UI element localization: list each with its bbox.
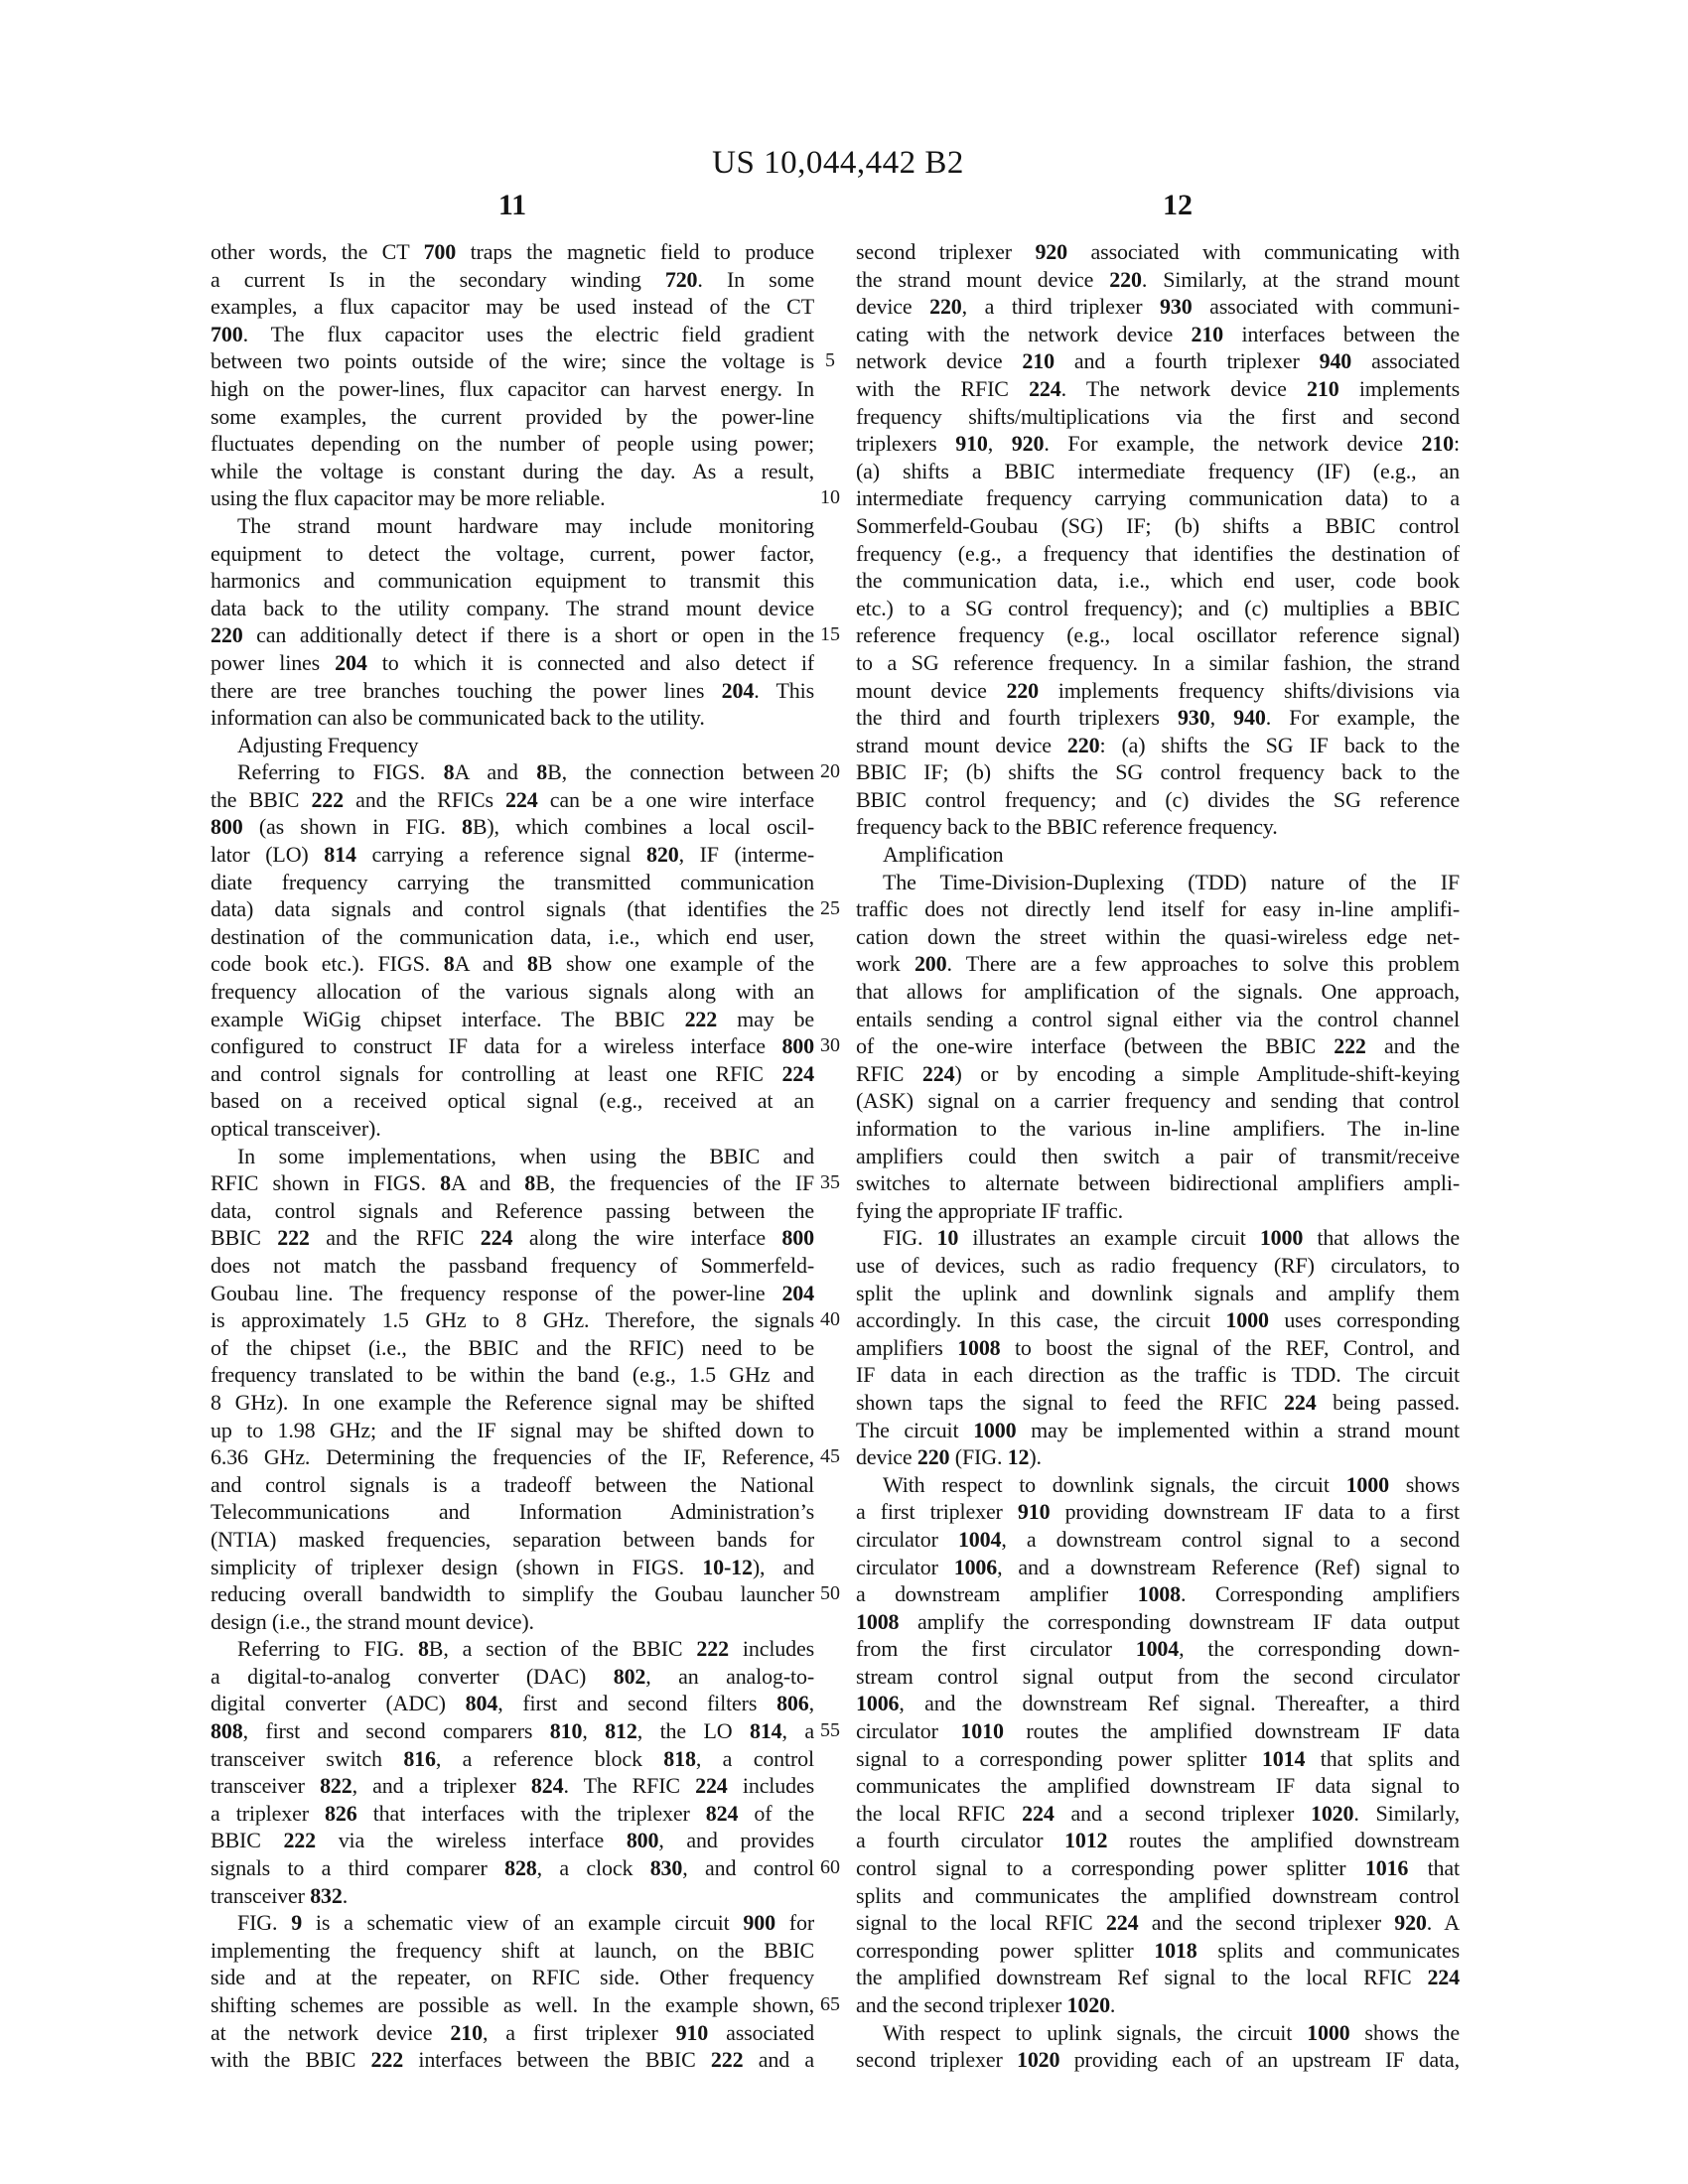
column-number-right: 12 (856, 189, 1499, 222)
text-line: a triplexer 826 that interfaces with the… (211, 1800, 814, 1828)
gutter-line-number: 50 (808, 1580, 852, 1608)
text-line: examples, a flux capacitor may be used i… (211, 293, 814, 321)
text-line: Telecommunications and Information Admin… (211, 1498, 814, 1526)
text-line: 700. The flux capacitor uses the electri… (211, 321, 814, 348)
text-line: equipment to detect the voltage, current… (211, 540, 814, 568)
text-line: configured to construct IF data for a wi… (211, 1032, 814, 1060)
text-line: circulator 1010 routes the amplified dow… (856, 1717, 1460, 1745)
text-line: Goubau line. The frequency response of t… (211, 1280, 814, 1307)
text-line: stream control signal output from the se… (856, 1663, 1460, 1691)
gutter-line-number: 35 (808, 1169, 852, 1197)
text-line: frequency shifts/multiplications via the… (856, 403, 1460, 431)
text-line: The strand mount hardware may include mo… (211, 512, 814, 540)
text-line: cating with the network device 210 inter… (856, 321, 1460, 348)
text-line: RFIC shown in FIGS. 8A and 8B, the frequ… (211, 1169, 814, 1197)
text-line: the communication data, i.e., which end … (856, 567, 1460, 595)
text-line: use of devices, such as radio frequency … (856, 1252, 1460, 1280)
text-line: cation down the street within the quasi-… (856, 923, 1460, 951)
text-line: frequency back to the BBIC reference fre… (856, 813, 1460, 841)
text-line: circulator 1006, and a downstream Refere… (856, 1554, 1460, 1581)
text-line: device 220 (FIG. 12). (856, 1443, 1460, 1471)
text-line: shown taps the signal to feed the RFIC 2… (856, 1389, 1460, 1417)
text-line: implementing the frequency shift at laun… (211, 1937, 814, 1965)
text-line: amplifiers 1008 to boost the signal of t… (856, 1334, 1460, 1362)
text-line: a downstream amplifier 1008. Correspondi… (856, 1580, 1460, 1608)
text-line: the amplified downstream Ref signal to t… (856, 1964, 1460, 1991)
text-line: With respect to uplink signals, the circ… (856, 2019, 1460, 2047)
text-line: with the RFIC 224. The network device 21… (856, 375, 1460, 403)
text-line: diate frequency carrying the transmitted… (211, 869, 814, 896)
text-line: is approximately 1.5 GHz to 8 GHz. There… (211, 1306, 814, 1334)
gutter-line-number: 25 (808, 895, 852, 923)
text-line: Sommerfeld-Goubau (SG) IF; (b) shifts a … (856, 512, 1460, 540)
text-line: side and at the repeater, on RFIC side. … (211, 1964, 814, 1991)
text-line: entails sending a control signal either … (856, 1006, 1460, 1033)
text-line: the third and fourth triplexers 930, 940… (856, 704, 1460, 732)
text-line: transceiver switch 816, a reference bloc… (211, 1745, 814, 1773)
text-line: information can also be communicated bac… (211, 704, 814, 732)
text-line: 220 can additionally detect if there is … (211, 621, 814, 649)
text-line: while the voltage is constant during the… (211, 458, 814, 485)
text-line: (NTIA) masked frequencies, separation be… (211, 1526, 814, 1554)
text-line: circulator 1004, a downstream control si… (856, 1526, 1460, 1554)
text-line: harmonics and communication equipment to… (211, 567, 814, 595)
text-line: other words, the CT 700 traps the magnet… (211, 238, 814, 266)
text-line: with the BBIC 222 interfaces between the… (211, 2046, 814, 2074)
text-line: and control signals for controlling at l… (211, 1060, 814, 1088)
text-line: reference frequency (e.g., local oscilla… (856, 621, 1460, 649)
gutter-line-number: 55 (808, 1717, 852, 1745)
text-column-right: second triplexer 920 associated with com… (856, 238, 1460, 2074)
text-line: at the network device 210, a first tripl… (211, 2019, 814, 2047)
text-line: using the flux capacitor may be more rel… (211, 484, 814, 512)
text-line: network device 210 and a fourth triplexe… (856, 347, 1460, 375)
patent-page: US 10,044,442 B2 11 12 other words, the … (0, 0, 1688, 2184)
text-line: data) data signals and control signals (… (211, 895, 814, 923)
text-line: to a SG reference frequency. In a simila… (856, 649, 1460, 677)
text-line: data, control signals and Reference pass… (211, 1197, 814, 1225)
text-line: 6.36 GHz. Determining the frequencies of… (211, 1443, 814, 1471)
text-line: lator (LO) 814 carrying a reference sign… (211, 841, 814, 869)
section-heading-line: Amplification (856, 841, 1460, 869)
text-line: that allows for amplification of the sig… (856, 978, 1460, 1006)
text-line: BBIC 222 and the RFIC 224 along the wire… (211, 1224, 814, 1252)
text-line: 8 GHz). In one example the Reference sig… (211, 1389, 814, 1417)
gutter-line-number: 30 (808, 1032, 852, 1060)
text-line: code book etc.). FIGS. 8A and 8B show on… (211, 950, 814, 978)
gutter-line-number: 60 (808, 1854, 852, 1882)
text-line: FIG. 9 is a schematic view of an example… (211, 1909, 814, 1937)
text-line: based on a received optical signal (e.g.… (211, 1087, 814, 1115)
text-column-left: other words, the CT 700 traps the magnet… (211, 238, 814, 2074)
text-line: The Time-Division-Duplexing (TDD) nature… (856, 869, 1460, 896)
column-number-left: 11 (211, 189, 814, 222)
text-line: and the second triplexer 1020. (856, 1991, 1460, 2019)
text-line: switches to alternate between bidirectio… (856, 1169, 1460, 1197)
text-line: transceiver 822, and a triplexer 824. Th… (211, 1772, 814, 1800)
text-line: accordingly. In this case, the circuit 1… (856, 1306, 1460, 1334)
text-line: 808, first and second comparers 810, 812… (211, 1717, 814, 1745)
text-line: splits and communicates the amplified do… (856, 1882, 1460, 1910)
text-line: corresponding power splitter 1018 splits… (856, 1937, 1460, 1965)
text-line: a current Is in the secondary winding 72… (211, 266, 814, 294)
text-line: information to the various in-line ampli… (856, 1115, 1460, 1143)
text-line: destination of the communication data, i… (211, 923, 814, 951)
text-line: the local RFIC 224 and a second triplexe… (856, 1800, 1460, 1828)
text-line: simplicity of triplexer design (shown in… (211, 1554, 814, 1581)
text-line: there are tree branches touching the pow… (211, 677, 814, 705)
gutter-line-number: 5 (808, 347, 852, 375)
text-line: reducing overall bandwidth to simplify t… (211, 1580, 814, 1608)
gutter-line-number: 15 (808, 621, 852, 649)
text-line: In some implementations, when using the … (211, 1143, 814, 1170)
text-line: RFIC 224) or by encoding a simple Amplit… (856, 1060, 1460, 1088)
text-line: split the uplink and downlink signals an… (856, 1280, 1460, 1307)
text-line: With respect to downlink signals, the ci… (856, 1471, 1460, 1499)
text-line: some examples, the current provided by t… (211, 403, 814, 431)
text-line: the BBIC 222 and the RFICs 224 can be a … (211, 786, 814, 814)
text-line: between two points outside of the wire; … (211, 347, 814, 375)
text-line: frequency (e.g., a frequency that identi… (856, 540, 1460, 568)
text-line: digital converter (ADC) 804, first and s… (211, 1690, 814, 1717)
text-line: (a) shifts a BBIC intermediate frequency… (856, 458, 1460, 485)
text-line: BBIC control frequency; and (c) divides … (856, 786, 1460, 814)
gutter-line-number: 45 (808, 1443, 852, 1471)
text-line: a digital-to-analog converter (DAC) 802,… (211, 1663, 814, 1691)
text-line: 1006, and the downstream Ref signal. The… (856, 1690, 1460, 1717)
text-line: control signal to a corresponding power … (856, 1854, 1460, 1882)
text-line: intermediate frequency carrying communic… (856, 484, 1460, 512)
text-line: high on the power-lines, flux capacitor … (211, 375, 814, 403)
text-line: power lines 204 to which it is connected… (211, 649, 814, 677)
text-line: frequency translated to be within the ba… (211, 1361, 814, 1389)
text-line: from the first circulator 1004, the corr… (856, 1635, 1460, 1663)
text-line: a first triplexer 910 providing downstre… (856, 1498, 1460, 1526)
text-line: and control signals is a tradeoff betwee… (211, 1471, 814, 1499)
text-line: strand mount device 220: (a) shifts the … (856, 732, 1460, 759)
text-line: example WiGig chipset interface. The BBI… (211, 1006, 814, 1033)
text-line: work 200. There are a few approaches to … (856, 950, 1460, 978)
text-line: BBIC 222 via the wireless interface 800,… (211, 1827, 814, 1854)
text-line: data back to the utility company. The st… (211, 595, 814, 622)
text-line: triplexers 910, 920. For example, the ne… (856, 430, 1460, 458)
text-line: The circuit 1000 may be implemented with… (856, 1417, 1460, 1444)
text-line: Referring to FIG. 8B, a section of the B… (211, 1635, 814, 1663)
text-line: signal to a corresponding power splitter… (856, 1745, 1460, 1773)
text-line: communicates the amplified downstream IF… (856, 1772, 1460, 1800)
text-line: the strand mount device 220. Similarly, … (856, 266, 1460, 294)
text-line: signal to the local RFIC 224 and the sec… (856, 1909, 1460, 1937)
gutter-line-number: 20 (808, 758, 852, 786)
text-line: optical transceiver). (211, 1115, 814, 1143)
text-line: IF data in each direction as the traffic… (856, 1361, 1460, 1389)
text-line: of the one-wire interface (between the B… (856, 1032, 1460, 1060)
text-line: (ASK) signal on a carrier frequency and … (856, 1087, 1460, 1115)
text-line: Referring to FIGS. 8A and 8B, the connec… (211, 758, 814, 786)
patent-number-header: US 10,044,442 B2 (0, 145, 1676, 182)
text-line: BBIC IF; (b) shifts the SG control frequ… (856, 758, 1460, 786)
text-line: etc.) to a SG control frequency); and (c… (856, 595, 1460, 622)
text-line: 800 (as shown in FIG. 8B), which combine… (211, 813, 814, 841)
section-heading-line: Adjusting Frequency (211, 732, 814, 759)
text-line: second triplexer 920 associated with com… (856, 238, 1460, 266)
text-line: up to 1.98 GHz; and the IF signal may be… (211, 1417, 814, 1444)
text-line: transceiver 832. (211, 1882, 814, 1910)
text-line: fying the appropriate IF traffic. (856, 1197, 1460, 1225)
gutter-line-number: 10 (808, 484, 852, 512)
text-line: second triplexer 1020 providing each of … (856, 2046, 1460, 2074)
text-line: mount device 220 implements frequency sh… (856, 677, 1460, 705)
text-line: shifting schemes are possible as well. I… (211, 1991, 814, 2019)
text-line: does not match the passband frequency of… (211, 1252, 814, 1280)
text-line: signals to a third comparer 828, a clock… (211, 1854, 814, 1882)
text-line: a fourth circulator 1012 routes the ampl… (856, 1827, 1460, 1854)
text-line: design (i.e., the strand mount device). (211, 1608, 814, 1636)
gutter-line-number: 65 (808, 1991, 852, 2019)
text-line: fluctuates depending on the number of pe… (211, 430, 814, 458)
text-line: amplifiers could then switch a pair of t… (856, 1143, 1460, 1170)
text-line: of the chipset (i.e., the BBIC and the R… (211, 1334, 814, 1362)
text-line: frequency allocation of the various sign… (211, 978, 814, 1006)
text-line: 1008 amplify the corresponding downstrea… (856, 1608, 1460, 1636)
text-line: traffic does not directly lend itself fo… (856, 895, 1460, 923)
text-line: FIG. 10 illustrates an example circuit 1… (856, 1224, 1460, 1252)
text-line: device 220, a third triplexer 930 associ… (856, 293, 1460, 321)
gutter-line-number: 40 (808, 1306, 852, 1334)
